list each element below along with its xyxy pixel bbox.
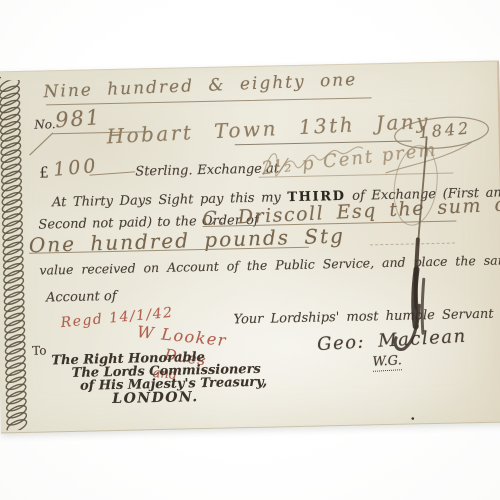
number-value: 981 [54,105,102,132]
number-label: No. [34,117,56,131]
place-date: Hobart Town 13th Jany [106,109,430,149]
currency-symbol: £ [39,163,49,181]
body-line3: value received on Account of the Public … [39,252,500,278]
amount-words-continuation-line [370,243,455,246]
amount-figure: 100 [52,155,99,181]
sterling-label: Sterling. [135,163,193,179]
amount-words-header: Nine hundred & eighty one [43,70,357,102]
address-to-label: To [32,343,47,357]
closing-line: Your Lordships' most humble Servant [233,307,493,328]
red-annotation-name: W Looker [136,322,228,350]
signature-name: Geo: Maclean [317,326,468,355]
bill-of-exchange-document: 7 Nine hundred & eighty one No. 981 Hoba… [0,61,500,434]
signature-initials: W.G. [372,353,402,372]
address-line-4: LONDON. [112,389,199,407]
year: 1842 [418,118,472,142]
body-line4: Account of [46,289,117,306]
